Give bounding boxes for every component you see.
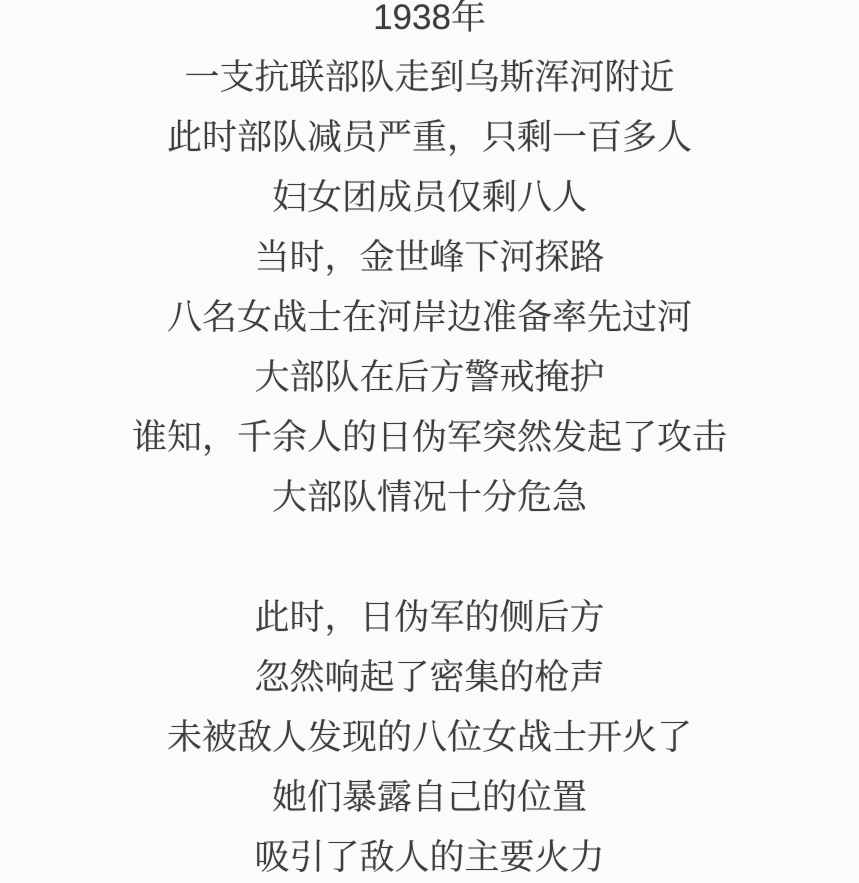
text-line: 吸引了敌人的主要火力	[0, 828, 859, 883]
text-line: 1938年	[0, 0, 859, 48]
text-line: 她们暴露自己的位置	[0, 768, 859, 828]
text-line: 八名女战士在河岸边准备率先过河	[0, 288, 859, 348]
text-line: 未被敌人发现的八位女战士开火了	[0, 708, 859, 768]
text-line: 此时部队减员严重，只剩一百多人	[0, 108, 859, 168]
text-line: 此时，日伪军的侧后方	[0, 588, 859, 648]
text-line: 谁知，千余人的日伪军突然发起了攻击	[0, 408, 859, 468]
subtitle-text-panel: 1938年 一支抗联部队走到乌斯浑河附近 此时部队减员严重，只剩一百多人 妇女团…	[0, 0, 859, 883]
paragraph-2: 此时，日伪军的侧后方 忽然响起了密集的枪声 未被敌人发现的八位女战士开火了 她们…	[0, 588, 859, 883]
text-line: 大部队情况十分危急	[0, 468, 859, 528]
text-line: 妇女团成员仅剩八人	[0, 168, 859, 228]
paragraph-1: 1938年 一支抗联部队走到乌斯浑河附近 此时部队减员严重，只剩一百多人 妇女团…	[0, 0, 859, 528]
text-line: 大部队在后方警戒掩护	[0, 348, 859, 408]
text-line: 一支抗联部队走到乌斯浑河附近	[0, 48, 859, 108]
text-line: 当时，金世峰下河探路	[0, 228, 859, 288]
text-line: 忽然响起了密集的枪声	[0, 648, 859, 708]
